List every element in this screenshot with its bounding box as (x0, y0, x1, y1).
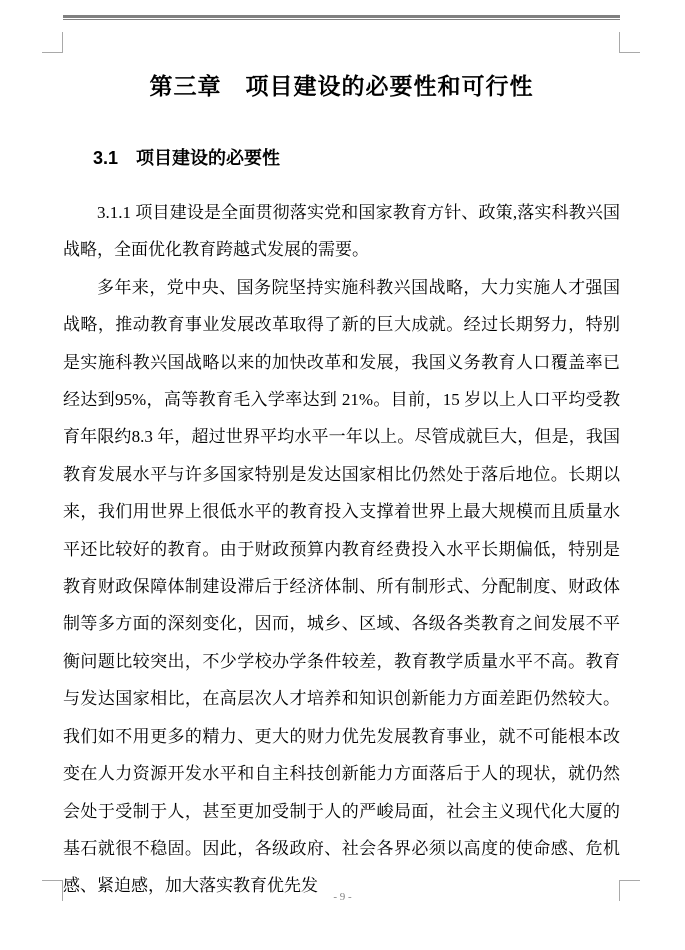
header-double-rule (63, 15, 620, 20)
page-number: - 9 - (333, 891, 351, 903)
crop-mark-top-left (42, 32, 63, 53)
section-heading: 3.1 项目建设的必要性 (63, 146, 620, 170)
paragraph-necessity-intro: 3.1.1 项目建设是全面贯彻落实党和国家教育方针、政策,落实科教兴国战略，全面… (63, 194, 620, 269)
chapter-title: 第三章 项目建设的必要性和可行性 (63, 71, 620, 102)
page-footer: - 9 - (0, 889, 685, 905)
document-page: 第三章 项目建设的必要性和可行性 3.1 项目建设的必要性 3.1.1 项目建设… (0, 0, 685, 950)
paragraph-necessity-body: 多年来，党中央、国务院坚持实施科教兴国战略，大力实施人才强国战略，推动教育事业发… (63, 269, 620, 905)
body-text: 3.1.1 项目建设是全面贯彻落实党和国家教育方针、政策,落实科教兴国战略，全面… (63, 194, 620, 905)
crop-mark-top-right (619, 32, 640, 53)
